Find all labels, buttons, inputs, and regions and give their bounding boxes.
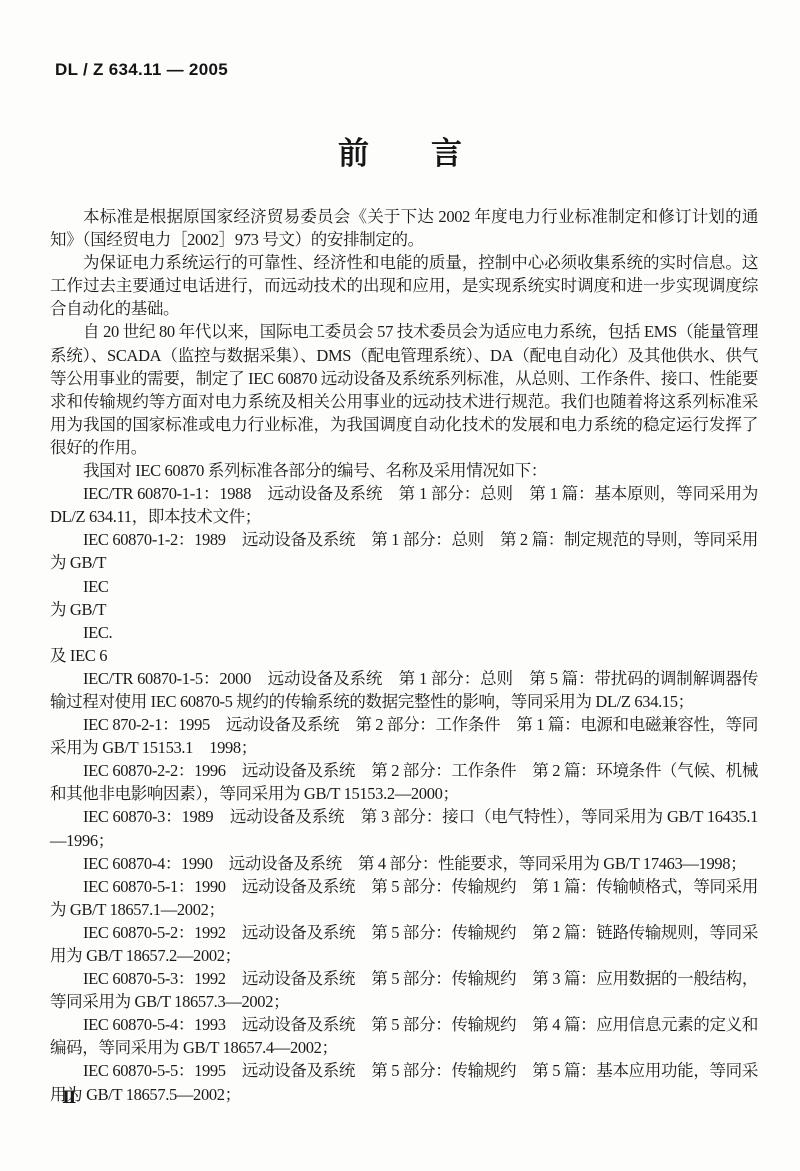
document-page: DL / Z 634.11 — 2005 前 言 本标准是根据原国家经济贸易委员… — [0, 0, 800, 1171]
paragraph-list-lead-in: 我国对 IEC 60870 系列标准各部分的编号、名称及采用情况如下： — [50, 459, 758, 482]
standard-entry: IEC 870-2-1：1995 远动设备及系统 第 2 部分：工作条件 第 1… — [50, 713, 758, 759]
standard-entry: IEC 60870-5-2：1992 远动设备及系统 第 5 部分：传输规约 第… — [50, 921, 758, 967]
standard-entry: IEC 60870-5-3：1992 远动设备及系统 第 5 部分：传输规约 第… — [50, 967, 758, 1013]
paragraph-purpose: 为保证电力系统运行的可靠性、经济性和电能的质量，控制中心必须收集系统的实时信息。… — [50, 251, 758, 320]
standard-entry: IEC 60870-5-4：1993 远动设备及系统 第 5 部分：传输规约 第… — [50, 1013, 758, 1059]
standard-entry-faded: IEC — [50, 575, 758, 598]
standard-entry: IEC/TR 60870-1-5：2000 远动设备及系统 第 1 部分：总则 … — [50, 667, 758, 713]
page-title: 前 言 — [0, 128, 800, 173]
standard-entry-faded: IEC. — [50, 621, 758, 644]
document-body: 本标准是根据原国家经济贸易委员会《关于下达 2002 年度电力行业标准制定和修订… — [50, 205, 758, 1106]
page-number: Ⅱ — [62, 1088, 76, 1108]
standard-entry-faded: 为 GB/T — [50, 598, 758, 621]
standard-number: DL / Z 634.11 — 2005 — [55, 60, 228, 80]
standard-entry: IEC 60870-5-1：1990 远动设备及系统 第 5 部分：传输规约 第… — [50, 875, 758, 921]
paragraph-history: 自 20 世纪 80 年代以来，国际电工委员会 57 技术委员会为适应电力系统，… — [50, 320, 758, 459]
standard-entry: IEC/TR 60870-1-1：1988 远动设备及系统 第 1 部分：总则 … — [50, 482, 758, 528]
standard-entry: IEC 60870-2-2：1996 远动设备及系统 第 2 部分：工作条件 第… — [50, 759, 758, 805]
paragraph-intro: 本标准是根据原国家经济贸易委员会《关于下达 2002 年度电力行业标准制定和修订… — [50, 205, 758, 251]
standard-entry: IEC 60870-1-2：1989 远动设备及系统 第 1 部分：总则 第 2… — [50, 528, 758, 574]
standard-entry: IEC 60870-3：1989 远动设备及系统 第 3 部分：接口（电气特性）… — [50, 805, 758, 851]
standard-entry: IEC 60870-5-5：1995 远动设备及系统 第 5 部分：传输规约 第… — [50, 1059, 758, 1105]
standard-entry-faded: 及 IEC 6 — [50, 644, 758, 667]
standard-entry: IEC 60870-4：1990 远动设备及系统 第 4 部分：性能要求，等同采… — [50, 852, 758, 875]
